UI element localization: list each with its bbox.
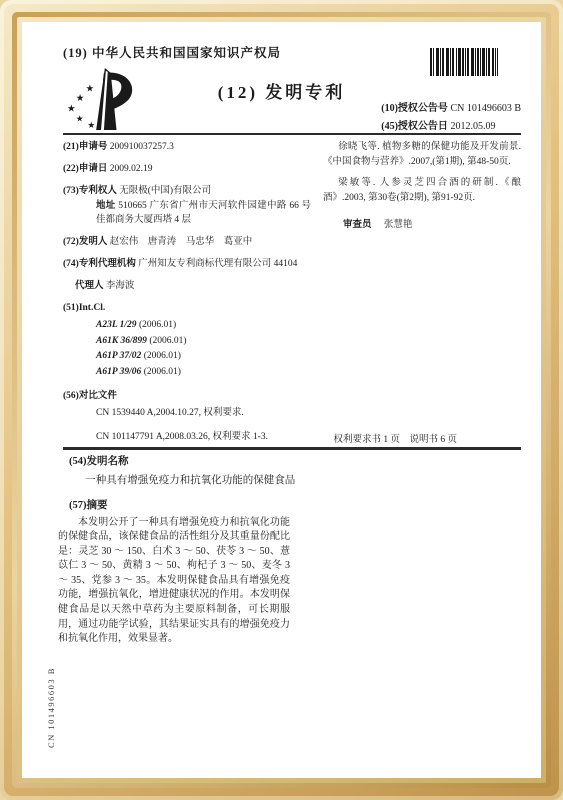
citation-entry: 梁敏等. 人参灵芝四合酒的研制.《酿酒》.2003, 第30卷(第2期), 第9… bbox=[323, 176, 521, 206]
intcl-year: (2006.01) bbox=[149, 336, 186, 346]
bibliographic-left-column: (21)申请号 200910037257.3 (22)申请日 2009.02.1… bbox=[63, 140, 311, 453]
patentee-value: 无限极(中国)有限公司 bbox=[119, 186, 211, 196]
references-header-row: (56)对比文件 bbox=[63, 389, 311, 403]
title-abstract-section: (54)发明名称 一种具有增强免疫力和抗氧化功能的保健食品 (57)摘要 本发明… bbox=[58, 453, 316, 647]
header-divider bbox=[63, 133, 521, 135]
publication-info: (10)授权公告号 CN 101496603 B (45)授权公告日 2012.… bbox=[381, 100, 521, 135]
intcl-code: A61P 37/02 bbox=[96, 351, 141, 361]
application-number-value: 200910037257.3 bbox=[110, 142, 174, 152]
logo-star-icon: ★ bbox=[67, 104, 76, 115]
address-value: 510665 广东省广州市天河软件园建中路 66 号佳都商务大厦西塔 4 层 bbox=[96, 201, 311, 225]
publication-date-value: 2012.05.09 bbox=[450, 121, 495, 132]
intcl-code: A61K 36/899 bbox=[96, 336, 147, 346]
reference-entry: CN 1539440 A,2004.10.27, 权利要求. bbox=[63, 406, 311, 422]
pages-count-line: 权利要求书 1 页 说明书 6 页 bbox=[333, 431, 457, 445]
patent-document-page: (19) 中华人民共和国国家知识产权局 ★ ★ ★ ★ ★ (12) 发明专利 … bbox=[22, 22, 541, 778]
publication-number-row: (10)授权公告号 CN 101496603 B bbox=[381, 100, 521, 118]
application-date-row: (22)申请日 2009.02.19 bbox=[63, 162, 311, 176]
publication-number-label: (10)授权公告号 bbox=[381, 103, 448, 114]
citation-entry: 徐晓飞等. 植物多糖的保健功能及开发前景.《中国食物与营养》.2007,(第1期… bbox=[323, 140, 521, 170]
bibliographic-columns: (21)申请号 200910037257.3 (22)申请日 2009.02.1… bbox=[63, 140, 521, 453]
intcl-year: (2006.01) bbox=[144, 367, 181, 377]
application-date-value: 2009.02.19 bbox=[110, 164, 153, 174]
publication-date-label: (45)授权公告日 bbox=[381, 121, 448, 132]
barcode-icon bbox=[430, 48, 498, 76]
abstract-label: (57)摘要 bbox=[58, 497, 316, 512]
intcl-code: A23L 1/29 bbox=[96, 320, 137, 330]
application-number-row: (21)申请号 200910037257.3 bbox=[63, 140, 311, 154]
inventors-value: 赵宏伟 唐青涛 马忠华 葛亚中 bbox=[110, 237, 253, 247]
intcl-entry: A61P 39/06 (2006.01) bbox=[63, 365, 311, 381]
examiner-row: 审查员 张慧艳 bbox=[323, 218, 521, 232]
intcl-code: A61P 39/06 bbox=[96, 367, 141, 377]
abstract-text: 本发明公开了一种具有增强免疫力和抗氧化功能的保健食品，该保健食品的活性组分及其重… bbox=[58, 516, 290, 647]
logo-star-icon: ★ bbox=[76, 114, 84, 124]
reference-entry: CN 101147791 A,2008.03.26, 权利要求 1-3. bbox=[63, 430, 311, 446]
bibliographic-right-column: 徐晓飞等. 植物多糖的保健功能及开发前景.《中国食物与营养》.2007,(第1期… bbox=[323, 140, 521, 453]
agent-value: 李海波 bbox=[106, 281, 135, 291]
invention-title: 一种具有增强免疫力和抗氧化功能的保健食品 bbox=[58, 472, 316, 490]
publication-number-value: CN 101496603 B bbox=[450, 103, 521, 114]
office-name: (19) 中华人民共和国国家知识产权局 bbox=[63, 43, 281, 61]
agency-value: 广州知友专利商标代理有限公司 44104 bbox=[138, 259, 297, 269]
agent-row: 代理人 李海波 bbox=[63, 279, 311, 293]
patentee-row: (73)专利权人 无限极(中国)有限公司 bbox=[63, 184, 311, 198]
inventors-row: (72)发明人 赵宏伟 唐青涛 马忠华 葛亚中 bbox=[63, 235, 311, 249]
address-label: 地址 bbox=[96, 201, 116, 211]
agent-label: 代理人 bbox=[75, 281, 104, 291]
logo-star-icon: ★ bbox=[87, 121, 95, 131]
intcl-year: (2006.01) bbox=[144, 351, 181, 361]
application-number-label: (21)申请号 bbox=[63, 142, 107, 152]
section-divider bbox=[63, 447, 521, 450]
intcl-entry: A61P 37/02 (2006.01) bbox=[63, 349, 311, 365]
references-label: (56)对比文件 bbox=[63, 391, 117, 401]
agency-label: (74)专利代理机构 bbox=[63, 259, 136, 269]
intcl-entry: A23L 1/29 (2006.01) bbox=[63, 318, 311, 334]
patentee-address-row: 地址 510665 广东省广州市天河软件园建中路 66 号佳都商务大厦西塔 4 … bbox=[63, 199, 311, 227]
intcl-label: (51)Int.Cl. bbox=[63, 303, 105, 313]
intcl-entry: A61K 36/899 (2006.01) bbox=[63, 334, 311, 350]
intcl-year: (2006.01) bbox=[139, 320, 176, 330]
patentee-label: (73)专利权人 bbox=[63, 186, 117, 196]
application-date-label: (22)申请日 bbox=[63, 164, 107, 174]
examiner-value: 张慧艳 bbox=[384, 220, 413, 230]
intcl-header-row: (51)Int.Cl. bbox=[63, 301, 311, 315]
inventors-label: (72)发明人 bbox=[63, 237, 107, 247]
agency-row: (74)专利代理机构 广州知友专利商标代理有限公司 44104 bbox=[63, 257, 311, 271]
invention-title-label: (54)发明名称 bbox=[58, 453, 316, 468]
examiner-label: 审查员 bbox=[343, 220, 372, 230]
sidebar-publication-code: CN 101496603 B bbox=[46, 667, 56, 748]
